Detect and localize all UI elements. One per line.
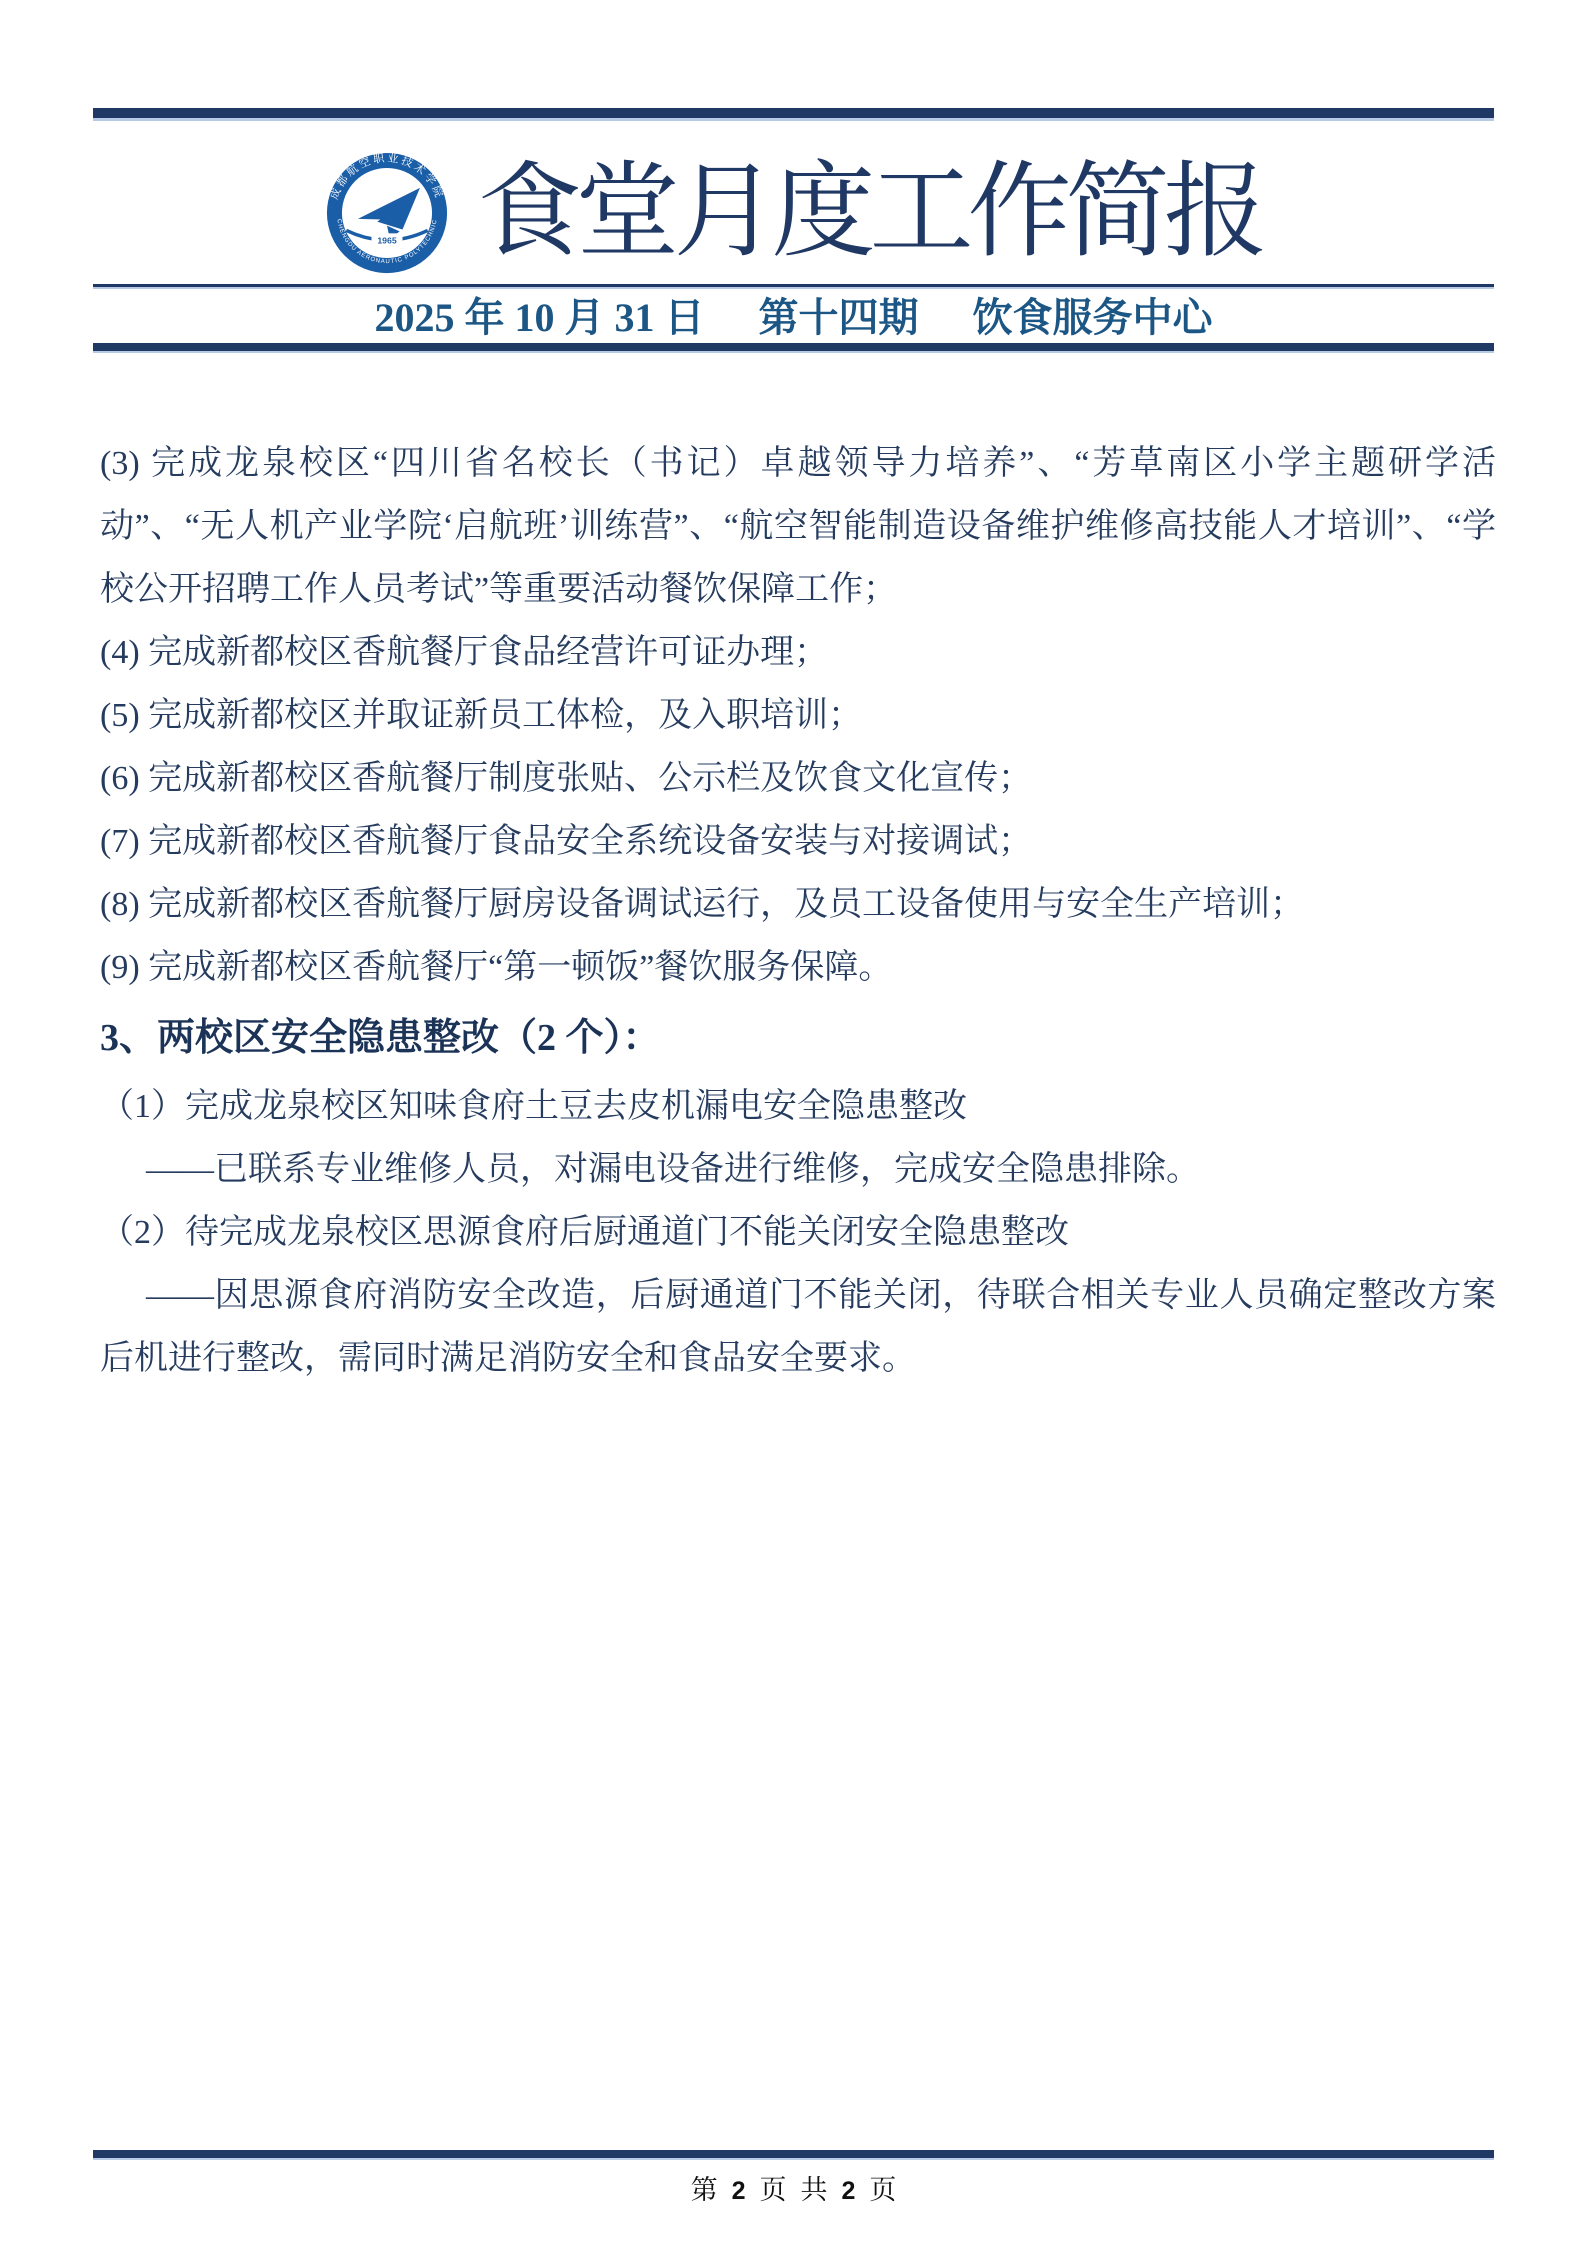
section-heading: 3、两校区安全隐患整改（2 个）： — [100, 1001, 1496, 1075]
body-paragraph: (5) 完成新都校区并取证新员工体检，及入职培训； — [100, 684, 1496, 747]
issue-title: （1）完成龙泉校区知味食府土豆去皮机漏电安全隐患整改 — [100, 1075, 1496, 1138]
body-paragraph: (3) 完成龙泉校区“四川省名校长（书记）卓越领导力培养”、“芳草南区小学主题研… — [100, 432, 1496, 621]
header-divider — [93, 284, 1494, 289]
report-header: 成都航空职业技术学院 CHENGDU AERONAUTIC POLYTECHNI… — [93, 140, 1494, 286]
report-page: 成都航空职业技术学院 CHENGDU AERONAUTIC POLYTECHNI… — [0, 0, 1587, 2245]
issue-title: （2）待完成龙泉校区思源食府后厨通道门不能关闭安全隐患整改 — [100, 1201, 1496, 1264]
issue-detail: ——因思源食府消防安全改造，后厨通道门不能关闭，待联合相关专业人员确定整改方案后… — [100, 1264, 1496, 1390]
body-paragraph: (4) 完成新都校区香航餐厅食品经营许可证办理； — [100, 621, 1496, 684]
body-paragraph: (6) 完成新都校区香航餐厅制度张贴、公示栏及饮食文化宣传； — [100, 747, 1496, 810]
issue-detail: ——已联系专业维修人员，对漏电设备进行维修，完成安全隐患排除。 — [100, 1138, 1496, 1201]
footer-page-unit: 页 — [760, 2175, 787, 2205]
issue-number: 第十四期 — [759, 295, 919, 340]
page-title: 食堂月度工作简报 — [477, 161, 1261, 265]
footer-prefix: 第 — [691, 2175, 718, 2205]
document-body: (3) 完成龙泉校区“四川省名校长（书记）卓越领导力培养”、“芳草南区小学主题研… — [100, 432, 1496, 1390]
body-paragraph: (9) 完成新都校区香航餐厅“第一顿饭”餐饮服务保障。 — [100, 936, 1496, 999]
dateline: 2025 年 10 月 31 日第十四期饮食服务中心 — [93, 294, 1494, 342]
body-paragraph: (7) 完成新都校区香航餐厅食品安全系统设备安装与对接调试； — [100, 810, 1496, 873]
body-paragraph: (8) 完成新都校区香航餐厅厨房设备调试运行，及员工设备使用与安全生产培训； — [100, 873, 1496, 936]
footer-total-pages: 2 — [842, 2177, 856, 2205]
page-footer: 第2页共2页 — [0, 2170, 1587, 2211]
footer-rule — [93, 2150, 1494, 2160]
organization-name: 饮食服务中心 — [973, 295, 1213, 340]
footer-total-unit: 页 — [869, 2175, 896, 2205]
footer-current-page: 2 — [732, 2177, 746, 2205]
header-top-rule — [93, 108, 1494, 121]
logo-year: 1965 — [378, 236, 398, 246]
header-thick-rule — [93, 343, 1494, 353]
issue-date: 2025 年 10 月 31 日 — [375, 295, 705, 340]
school-logo: 成都航空职业技术学院 CHENGDU AERONAUTIC POLYTECHNI… — [325, 151, 449, 275]
footer-total-label: 共 — [801, 2175, 828, 2205]
